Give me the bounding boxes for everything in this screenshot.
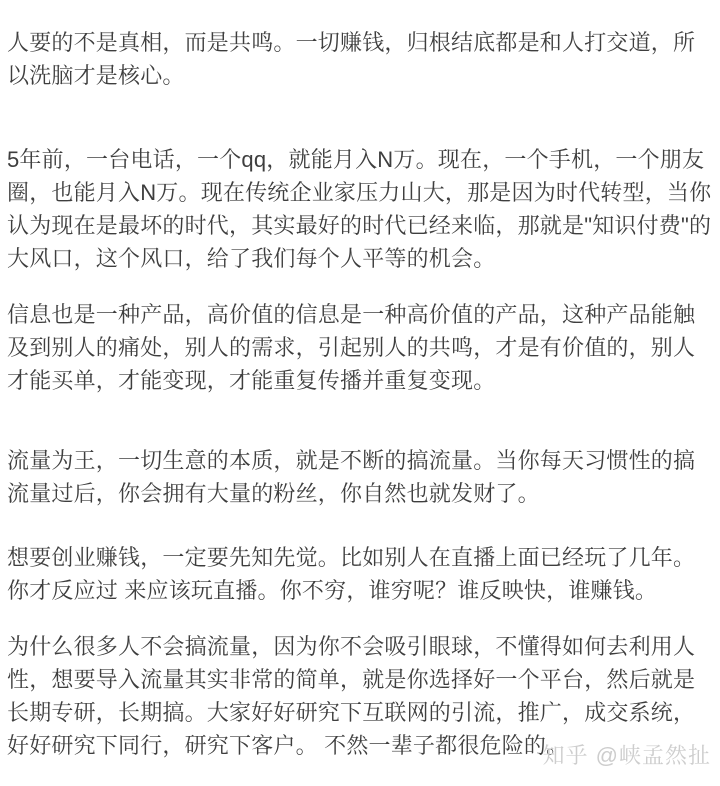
article-body: 人要的不是真相，而是共鸣。一切赚钱，归根结底都是和人打交道，所以洗脑才是核心。 … (0, 0, 720, 762)
paragraph-5: 想要创业赚钱，一定要先知先觉。比如别人在直播上面已经玩了几年。 你才反应过 来应… (7, 541, 712, 607)
zhihu-watermark: 知乎 @峡孟然扯 (543, 744, 711, 768)
paragraph-3: 信息也是一种产品，高价值的信息是一种高价值的产品，这种产品能触及到别人的痛处，别… (7, 298, 712, 397)
paragraph-2: 5年前，一台电话，一个qq，就能月入N万。现在，一个手机，一个朋友圈，也能月入N… (7, 143, 712, 275)
paragraph-4: 流量为王，一切生意的本质，就是不断的搞流量。当你每天习惯性的搞流量过后，你会拥有… (7, 444, 712, 510)
paragraph-1: 人要的不是真相，而是共鸣。一切赚钱，归根结底都是和人打交道，所以洗脑才是核心。 (7, 26, 712, 92)
